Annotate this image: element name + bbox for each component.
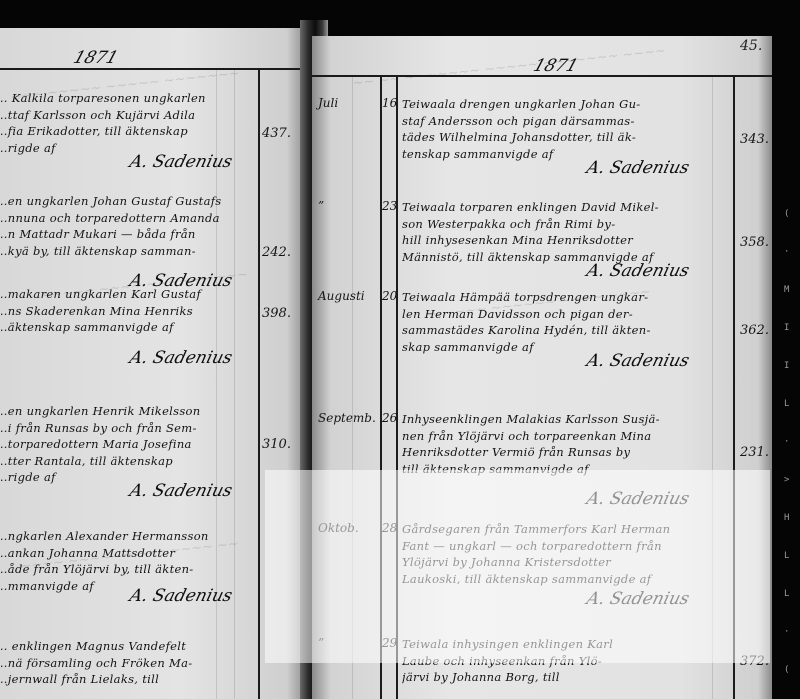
entry-line: …äktenskap sammanvigde af [0, 319, 258, 336]
film-margin-mark: > [784, 475, 789, 485]
film-margin-mark: I [784, 323, 789, 333]
film-margin-mark: L [784, 589, 789, 599]
entry-month: Juli [318, 96, 338, 110]
film-margin-mark: · [784, 627, 789, 637]
entry-line: …kyä by, till äktenskap samman- [0, 243, 258, 260]
entry-line: …i från Runsas by och från Sem- [0, 420, 258, 437]
entry-text: Teiwaala drengen ungkarlen Johan Gu-staf… [402, 96, 732, 162]
entry-line: hill inhysesenkan Mina Henriksdotter [402, 232, 732, 249]
entry-text: Inhyseenklingen Malakias Karlsson Susjä-… [402, 411, 732, 477]
entry-text: …ngkarlen Alexander Hermansson…ankan Joh… [0, 528, 258, 594]
entry-line: …ttaf Karlsson och Kujärvi Adila [0, 107, 258, 124]
entry-text: …makaren ungkarlen Karl Gustaf…ns Skader… [0, 286, 258, 336]
entry-line: …fia Erikadotter, till äktenskap [0, 123, 258, 140]
entry-line: Teiwaala torparen enklingen David Mikel- [402, 199, 732, 216]
entry-line: sammastädes Karolina Hydén, till äkten- [402, 322, 732, 339]
film-margin-mark: M [784, 285, 789, 295]
faint-column-line [234, 70, 235, 699]
bleed-through-text: ~~ ~~ ~~~~~~~ ~~~~~ ~~~~~~~ ~~~~ [352, 44, 667, 92]
film-margin-mark: L [784, 399, 789, 409]
entry-number: 398. [262, 306, 291, 321]
entry-line: len Herman Davidsson och pigan der- [402, 306, 732, 323]
entry-line: …en ungkarlen Johan Gustaf Gustafs [0, 193, 258, 210]
entry-number: 231. [740, 445, 769, 460]
entry-line: tädes Wilhelmina Johansdotter, till äk- [402, 129, 732, 146]
priest-signature: A. Sadenius [128, 481, 235, 501]
entry-line: …makaren ungkarlen Karl Gustaf [0, 286, 258, 303]
entry-line: Inhyseenklingen Malakias Karlsson Susjä- [402, 411, 732, 428]
entry-line: Teiwaala Hämpää torpsdrengen ungkar- [402, 289, 732, 306]
selection-highlight [265, 470, 770, 663]
entry-line: …tter Rantala, till äktenskap [0, 453, 258, 470]
priest-signature: A. Sadenius [585, 158, 692, 178]
film-margin-mark: · [784, 437, 789, 447]
entry-line: järvi by Johanna Borg, till [402, 669, 732, 686]
entry-day: 20 [382, 289, 397, 303]
entry-line: …en ungkarlen Henrik Mikelsson [0, 403, 258, 420]
year-header-right: 1871 [531, 56, 581, 76]
entry-number: 358. [740, 235, 769, 250]
entry-line: …n Mattadr Mukari — båda från [0, 226, 258, 243]
entry-line: …ngkarlen Alexander Hermansson [0, 528, 258, 545]
entry-text: … Kalkila torparesonen ungkarlen…ttaf Ka… [0, 90, 258, 156]
entry-line: …torparedottern Maria Josefina [0, 436, 258, 453]
entry-text: Teiwaala Hämpää torpsdrengen ungkar-len … [402, 289, 732, 355]
film-margin-mark: ( [784, 209, 789, 219]
entry-number: 343. [740, 132, 769, 147]
entry-day: 16 [382, 96, 397, 110]
entry-line: …åde från Ylöjärvi by, till äkten- [0, 561, 258, 578]
page-number: 45. [740, 38, 762, 54]
entry-number: 437. [262, 126, 291, 141]
entry-line: …ankan Johanna Mattsdotter [0, 545, 258, 562]
entry-line: Henriksdotter Vermiö från Runsas by [402, 444, 732, 461]
film-margin-mark: · [784, 247, 789, 257]
entry-line: … Kalkila torparesonen ungkarlen [0, 90, 258, 107]
left-page: ~~~ ~~~~~ ~~~~~ ~~~~~~~ ~~~~~ ~~~~ ~~~~~… [0, 28, 302, 699]
entry-text: …en ungkarlen Johan Gustaf Gustafs…nnuna… [0, 193, 258, 259]
priest-signature: A. Sadenius [585, 351, 692, 371]
entry-month: Augusti [318, 289, 365, 303]
entry-number: 310. [262, 437, 291, 452]
entry-line: …nnuna och torparedottern Amanda [0, 210, 258, 227]
entry-day: 23 [382, 199, 397, 213]
film-margin-mark: ( [784, 665, 789, 675]
film-margin-mark: I [784, 361, 789, 371]
header-rule-left [0, 68, 302, 70]
year-header-left: 1871 [71, 48, 121, 68]
priest-signature: A. Sadenius [128, 152, 235, 172]
number-column-rule-left [258, 70, 260, 699]
priest-signature: A. Sadenius [128, 586, 235, 606]
entry-line: …nä församling och Fröken Ma- [0, 655, 258, 672]
entry-day: 26 [382, 411, 397, 425]
entry-line: …ns Skaderenkan Mina Henriks [0, 303, 258, 320]
entry-line: staf Andersson och pigan därsammas- [402, 113, 732, 130]
entry-text: Teiwaala torparen enklingen David Mikel-… [402, 199, 732, 265]
entry-number: 362. [740, 323, 769, 338]
entry-line: Teiwaala drengen ungkarlen Johan Gu- [402, 96, 732, 113]
entry-number: 242. [262, 245, 291, 260]
film-margin-mark: H [784, 513, 789, 523]
film-margin-mark: L [784, 551, 789, 561]
entry-month: Septemb. [318, 411, 376, 425]
entry-text: …en ungkarlen Henrik Mikelsson…i från Ru… [0, 403, 258, 486]
entry-text: … enklingen Magnus Vandefelt…nä församli… [0, 638, 258, 688]
entry-line: …jernwall från Lielaks, till [0, 671, 258, 688]
entry-line: son Westerpakka och från Rimi by- [402, 216, 732, 233]
entry-line: nen från Ylöjärvi och torpareenkan Mina [402, 428, 732, 445]
entry-line: … enklingen Magnus Vandefelt [0, 638, 258, 655]
priest-signature: A. Sadenius [585, 261, 692, 281]
entry-month: ” [318, 199, 324, 213]
priest-signature: A. Sadenius [128, 348, 235, 368]
